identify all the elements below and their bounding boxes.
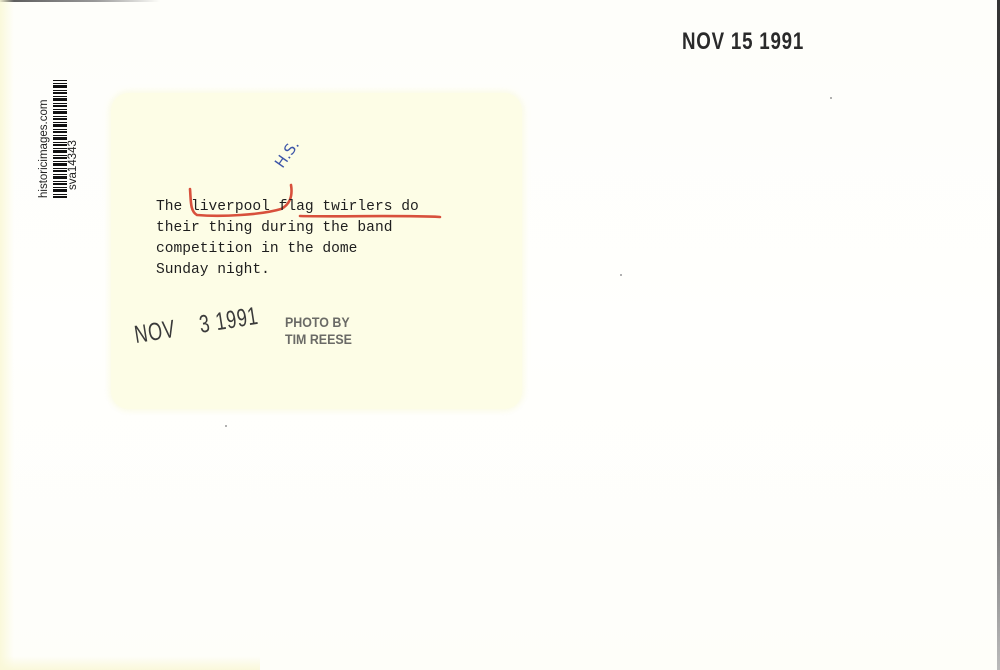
paper-edge-left [0, 0, 14, 670]
caption-line: Sunday night. [156, 260, 419, 281]
photo-date-stamp: NOV3 1991 [132, 302, 260, 350]
paper-edge-top [0, 0, 160, 2]
photo-credit-name: TIM REESE [285, 331, 352, 348]
photo-credit-label: PHOTO BY [285, 314, 352, 331]
paper-edge-bottom [0, 656, 260, 670]
caption-line: their thing during the band [156, 218, 419, 239]
caption-card: H.S. The liverpool flag twirlers dotheir… [111, 93, 522, 409]
paper-speck [830, 97, 832, 99]
photo-date-day-year: 3 1991 [197, 302, 260, 339]
received-date-stamp: NOV 15 1991 [682, 28, 804, 56]
watermark-item-id: sva14343 [67, 140, 79, 190]
caption-text: The liverpool flag twirlers dotheir thin… [156, 197, 419, 281]
watermark: historicimages.com sva14343 [38, 78, 80, 200]
paper-speck [620, 274, 622, 276]
photo-date-month: NOV [132, 315, 177, 349]
photo-back: historicimages.com sva14343 NOV 15 1991 … [0, 0, 1000, 670]
barcode-icon [53, 80, 67, 198]
handwritten-initials: H.S. [271, 136, 303, 171]
paper-speck [225, 425, 227, 427]
photo-credit-stamp: PHOTO BY TIM REESE [285, 314, 352, 348]
watermark-site: historicimages.com [38, 100, 50, 198]
caption-line: The liverpool flag twirlers do [156, 197, 419, 218]
caption-line: competition in the dome [156, 239, 419, 260]
